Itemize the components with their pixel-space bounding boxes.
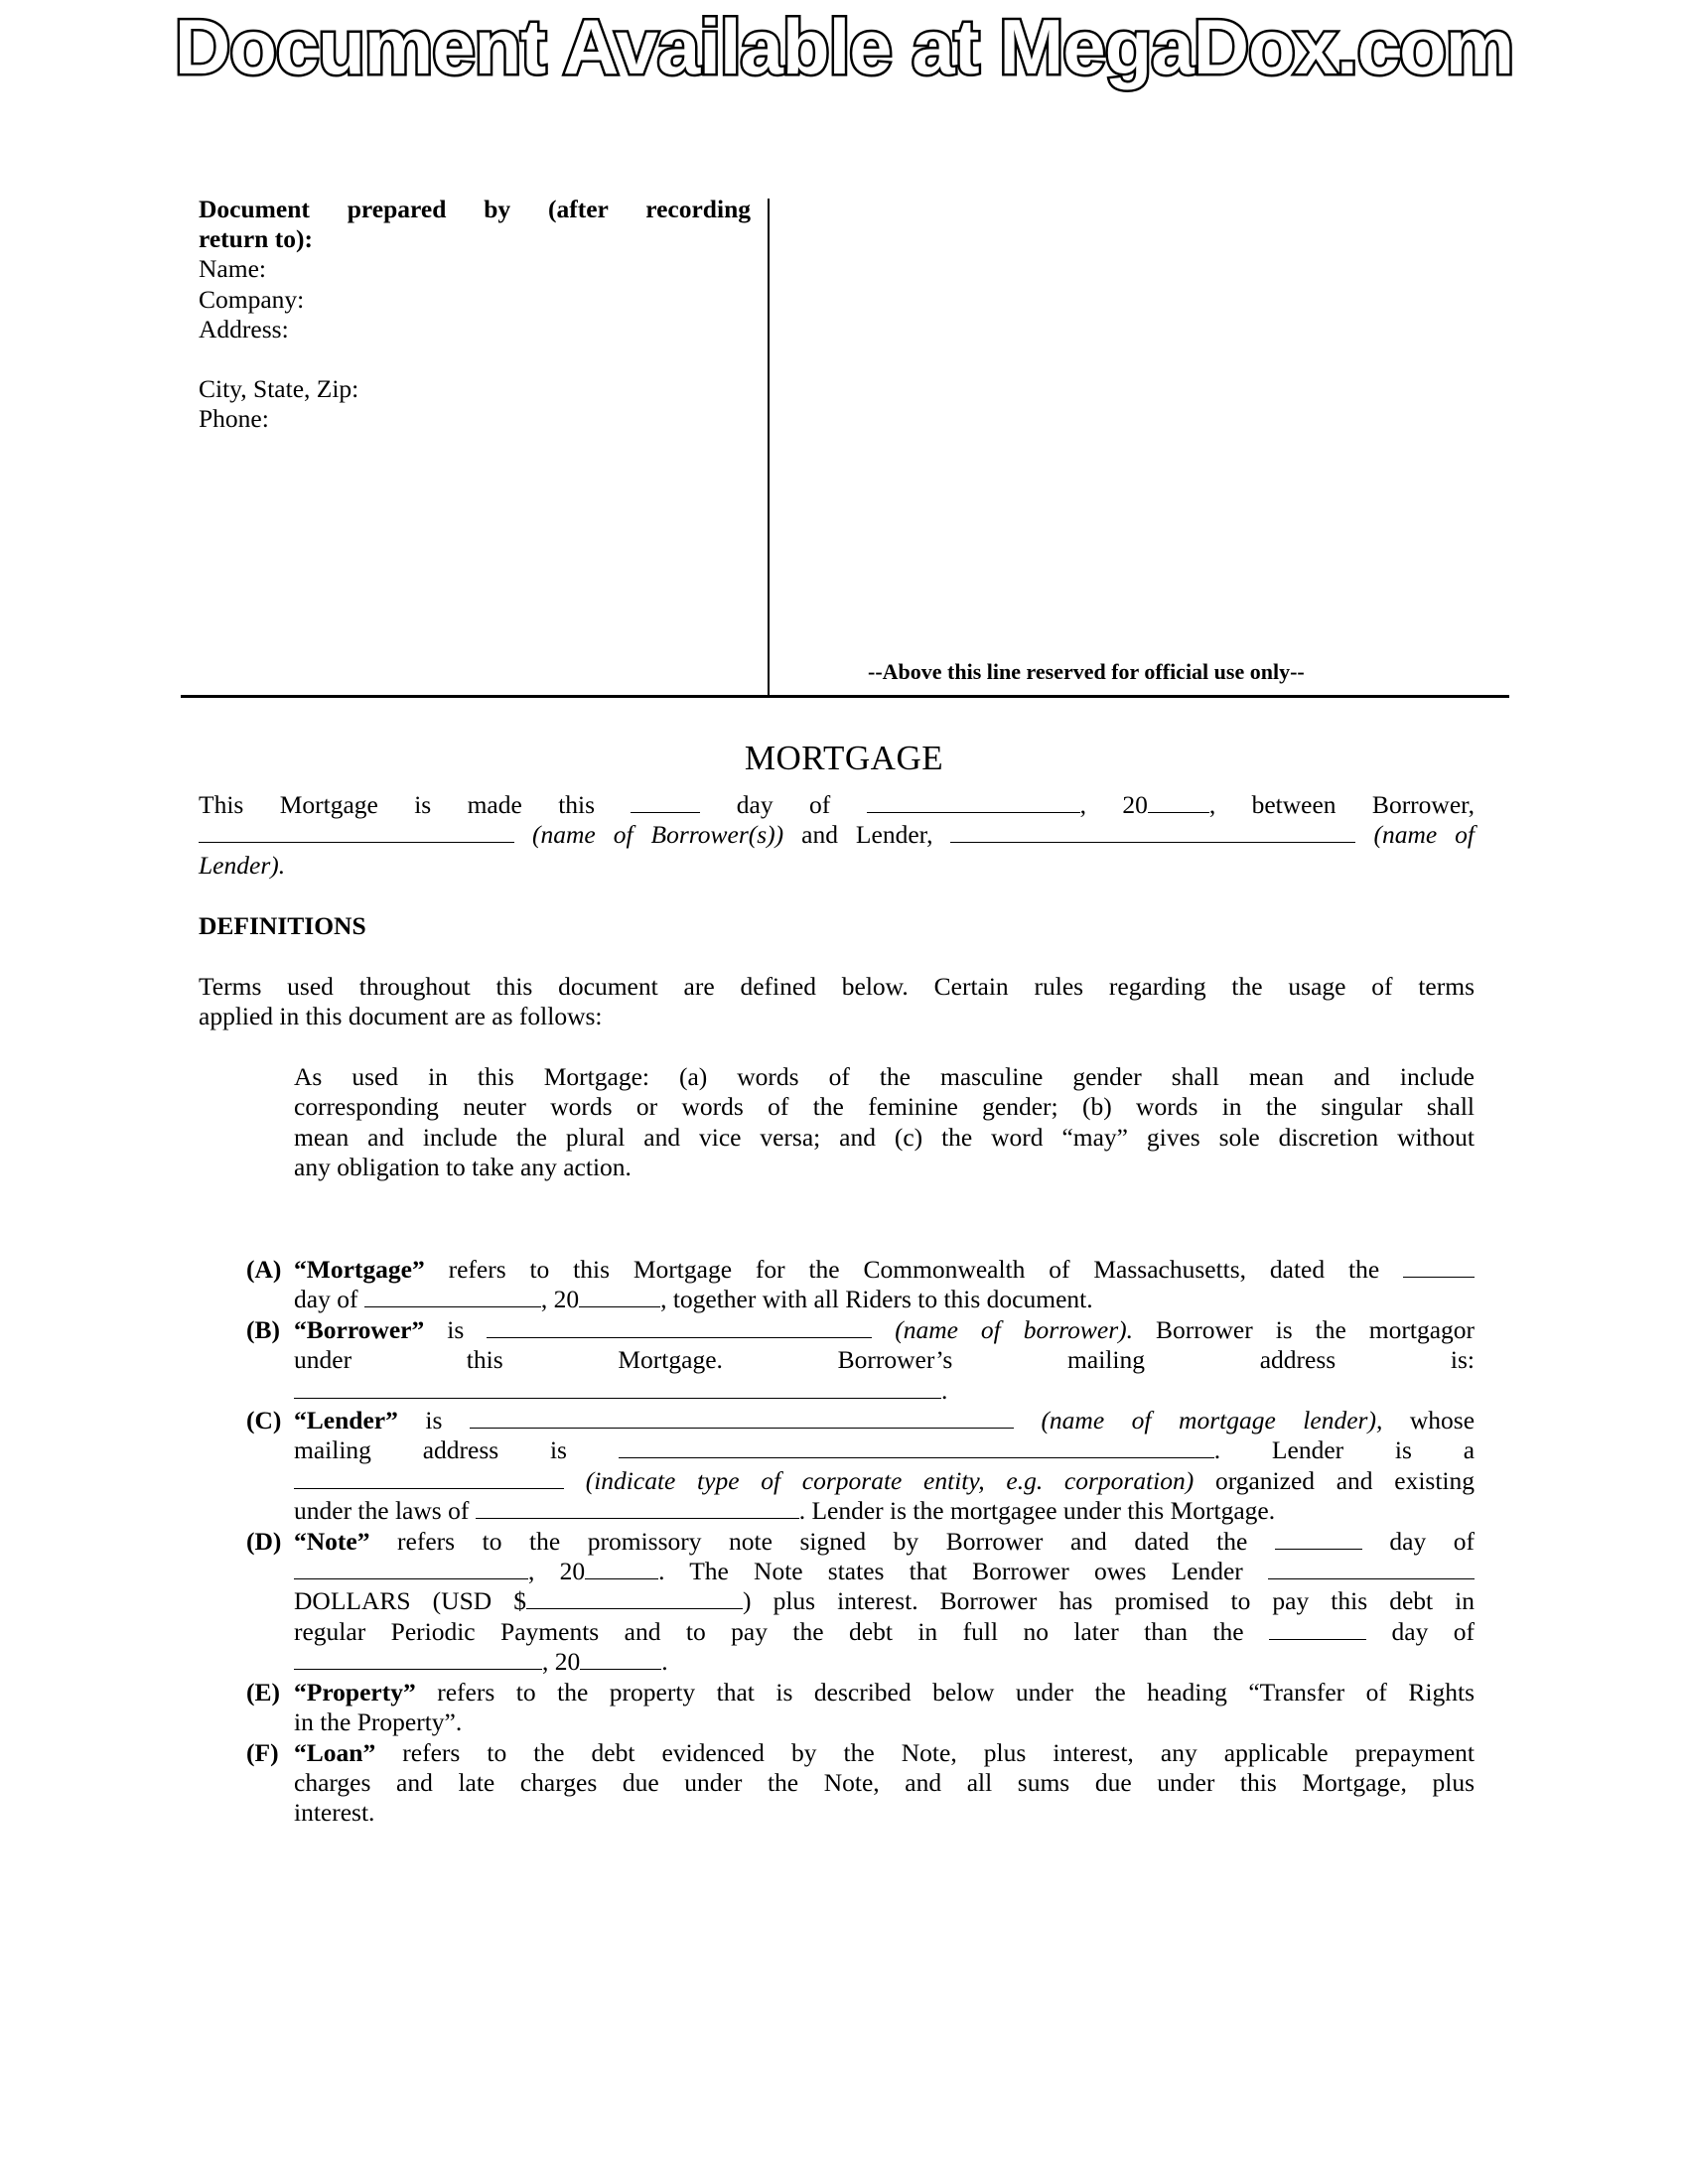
definition-loan: (F) “Loan” refers to the debt evidenced … bbox=[246, 1738, 1475, 1829]
lender-blank[interactable] bbox=[470, 1406, 1014, 1429]
document-title: MORTGAGE bbox=[0, 739, 1688, 778]
text-definitions-d-term: “Note” bbox=[294, 1527, 369, 1556]
definitions-heading: DEFINITIONS bbox=[199, 911, 366, 941]
text-definitions-f-term: “Loan” bbox=[294, 1738, 375, 1767]
text-terms-intro-l1: Terms used throughout this document are … bbox=[199, 972, 1475, 1002]
amount-words-blank[interactable] bbox=[1268, 1557, 1475, 1579]
preparer-field-name: Name: bbox=[199, 254, 751, 284]
text-definitions-b-label: (B) bbox=[246, 1315, 280, 1345]
day-blank[interactable] bbox=[631, 790, 700, 813]
text-preparer-box-heading-line2: return to): bbox=[199, 224, 313, 253]
lender-name-blank[interactable] bbox=[950, 820, 1355, 843]
text-definitions-b-l3: . bbox=[941, 1376, 947, 1405]
text-definitions-c-l1-c: whose bbox=[1410, 1406, 1475, 1434]
definition-mortgage: (A) “Mortgage” refers to this Mortgage f… bbox=[246, 1255, 1475, 1315]
terms-intro-paragraph: Terms used throughout this document are … bbox=[199, 972, 1475, 1032]
text-definitions-b-l2: under this Mortgage. Borrower’s mailing … bbox=[294, 1345, 1475, 1375]
watermark-banner: Document Available at MegaDox.com bbox=[0, 2, 1688, 92]
spacer bbox=[199, 344, 751, 374]
text-definitions-d-l5-b: . bbox=[661, 1647, 667, 1676]
text-definitions-d-l2-a: , 20 bbox=[528, 1557, 585, 1585]
text-definitions-f-l1: refers to the debt evidenced by the Note… bbox=[402, 1738, 1475, 1767]
text-definitions-c-l2-b: . Lender is a bbox=[1214, 1435, 1475, 1464]
text-definitions-d-l2-b: . The Note states that Borrower owes Len… bbox=[658, 1557, 1243, 1585]
payoff-day-blank[interactable] bbox=[1269, 1617, 1366, 1640]
text-definitions-d-l1-b: day of bbox=[1389, 1527, 1475, 1556]
text-definitions-f-l2: charges and late charges due under the N… bbox=[294, 1768, 1475, 1798]
definition-property: (E) “Property” refers to the property th… bbox=[246, 1678, 1475, 1738]
amount-usd-blank[interactable] bbox=[526, 1586, 743, 1609]
lender-address-blank[interactable] bbox=[619, 1435, 1214, 1458]
text-definitions-d-l4-a: regular Periodic Payments and to pay the… bbox=[294, 1617, 1244, 1646]
text-definitions-f-l3: interest. bbox=[294, 1798, 1475, 1828]
text-definitions-c-l4-a: under the laws of bbox=[294, 1496, 469, 1525]
text-rules-block-l3: mean and include the plural and vice ver… bbox=[294, 1123, 1475, 1153]
preparer-field-city-state-zip: City, State, Zip: bbox=[199, 374, 751, 404]
preparer-field-address: Address: bbox=[199, 315, 751, 344]
text-rules-block-l1: As used in this Mortgage: (a) words of t… bbox=[294, 1062, 1475, 1092]
text-definitions-f-label: (F) bbox=[246, 1738, 279, 1768]
text-definitions-e-label: (E) bbox=[246, 1678, 280, 1707]
text-definitions-b-l1-b: (name of borrower). bbox=[895, 1315, 1133, 1344]
recording-box-divider bbox=[768, 199, 770, 697]
text-definitions-c-l2-a: mailing address is bbox=[294, 1435, 567, 1464]
text-intro-l2-c: (name of bbox=[1373, 820, 1475, 849]
preparer-field-phone: Phone: bbox=[199, 404, 751, 434]
official-use-notice: --Above this line reserved for official … bbox=[868, 659, 1305, 685]
note-day-blank[interactable] bbox=[1275, 1527, 1362, 1550]
text-definitions-a-l2-a: day of bbox=[294, 1285, 357, 1313]
definition-lender: (C) “Lender” is (name of mortgage lender… bbox=[246, 1406, 1475, 1527]
text-intro-l2-a: (name of Borrower(s)) bbox=[532, 820, 783, 849]
text-definitions-c-label: (C) bbox=[246, 1406, 281, 1435]
text-definitions-d-label: (D) bbox=[246, 1527, 281, 1557]
text-definitions-a-l2-c: , together with all Riders to this docum… bbox=[660, 1285, 1093, 1313]
text-rules-block-l4: any obligation to take any action. bbox=[294, 1153, 1475, 1182]
month-blank[interactable] bbox=[867, 790, 1080, 813]
intro-paragraph: This Mortgage is made this day of , 20, … bbox=[199, 790, 1475, 881]
preparer-box: Document prepared by (after recording re… bbox=[199, 195, 751, 434]
text-definitions-d-l4-b: day of bbox=[1392, 1617, 1476, 1646]
text-definitions-c-l1-b: (name of mortgage lender), bbox=[1041, 1406, 1382, 1434]
text-preparer-box-heading-line1: Document prepared by (after recording bbox=[199, 195, 751, 224]
text-definitions-c-l3-a: (indicate type of corporate entity, e.g.… bbox=[586, 1466, 1195, 1495]
text-definitions-e-l1: refers to the property that is described… bbox=[437, 1678, 1475, 1706]
note-month-blank[interactable] bbox=[294, 1557, 528, 1579]
text-definitions-a-l2-b: , 20 bbox=[541, 1285, 579, 1313]
text-definitions-b-l1-c: Borrower is the mortgagor bbox=[1156, 1315, 1475, 1344]
mortgage-year-blank[interactable] bbox=[579, 1285, 660, 1307]
text-definitions-d-l3-a: DOLLARS (USD $ bbox=[294, 1586, 526, 1615]
text-definitions-c-l4-b: . Lender is the mortgagee under this Mor… bbox=[799, 1496, 1275, 1525]
rules-block: As used in this Mortgage: (a) words of t… bbox=[294, 1062, 1475, 1182]
definition-borrower: (B) “Borrower” is (name of borrower). Bo… bbox=[246, 1315, 1475, 1406]
text-definitions-d-l3-b: ) plus interest. Borrower has promised t… bbox=[743, 1586, 1475, 1615]
text-definitions-b-l1-a: is bbox=[447, 1315, 464, 1344]
text-rules-block-l2: corresponding neuter words or words of t… bbox=[294, 1092, 1475, 1122]
payoff-month-blank[interactable] bbox=[294, 1647, 542, 1670]
text-intro-l1-b: day of bbox=[737, 790, 830, 819]
note-year-blank[interactable] bbox=[585, 1557, 658, 1579]
text-definitions-c-term: “Lender” bbox=[294, 1406, 398, 1434]
borrower-name-blank[interactable] bbox=[199, 820, 514, 843]
text-terms-intro-l2: applied in this document are as follows: bbox=[199, 1002, 1475, 1031]
text-intro-l3: Lender). bbox=[199, 851, 285, 880]
mortgage-day-blank[interactable] bbox=[1403, 1255, 1475, 1278]
text-definitions-b-term: “Borrower” bbox=[294, 1315, 424, 1344]
corporate-entity-blank[interactable] bbox=[294, 1466, 564, 1489]
borrower-blank[interactable] bbox=[487, 1315, 872, 1338]
text-definitions-e-l2: in the Property”. bbox=[294, 1707, 1475, 1737]
borrower-address-blank[interactable] bbox=[294, 1376, 941, 1399]
text-definitions-d-l1-a: refers to the promissory note signed by … bbox=[397, 1527, 1247, 1556]
text-definitions-c-l3-b: organized and existing bbox=[1215, 1466, 1475, 1495]
text-intro-l1-a: This Mortgage is made this bbox=[199, 790, 595, 819]
text-definitions-d-l5-a: , 20 bbox=[542, 1647, 580, 1676]
definition-note: (D) “Note” refers to the promissory note… bbox=[246, 1527, 1475, 1678]
text-intro-l1-c: , 20 bbox=[1080, 790, 1148, 819]
official-use-line bbox=[181, 695, 1509, 698]
payoff-year-blank[interactable] bbox=[580, 1647, 661, 1670]
text-definitions-c-l1-a: is bbox=[425, 1406, 442, 1434]
definitions-list: (A) “Mortgage” refers to this Mortgage f… bbox=[246, 1255, 1475, 1829]
text-intro-l1-d: , between Borrower, bbox=[1209, 790, 1475, 819]
text-definitions-a-label: (A) bbox=[246, 1255, 281, 1285]
mortgage-month-blank[interactable] bbox=[364, 1285, 541, 1307]
text-definitions-e-term: “Property” bbox=[294, 1678, 416, 1706]
text-definitions-a-term: “Mortgage” bbox=[294, 1255, 425, 1284]
year-blank[interactable] bbox=[1148, 790, 1209, 813]
text-intro-l2-b: and Lender, bbox=[801, 820, 932, 849]
preparer-field-company: Company: bbox=[199, 285, 751, 315]
preparer-heading: Document prepared by (after recording re… bbox=[199, 195, 751, 254]
text-definitions-a-l1-a: refers to this Mortgage for the Commonwe… bbox=[449, 1255, 1380, 1284]
jurisdiction-blank[interactable] bbox=[476, 1496, 799, 1519]
